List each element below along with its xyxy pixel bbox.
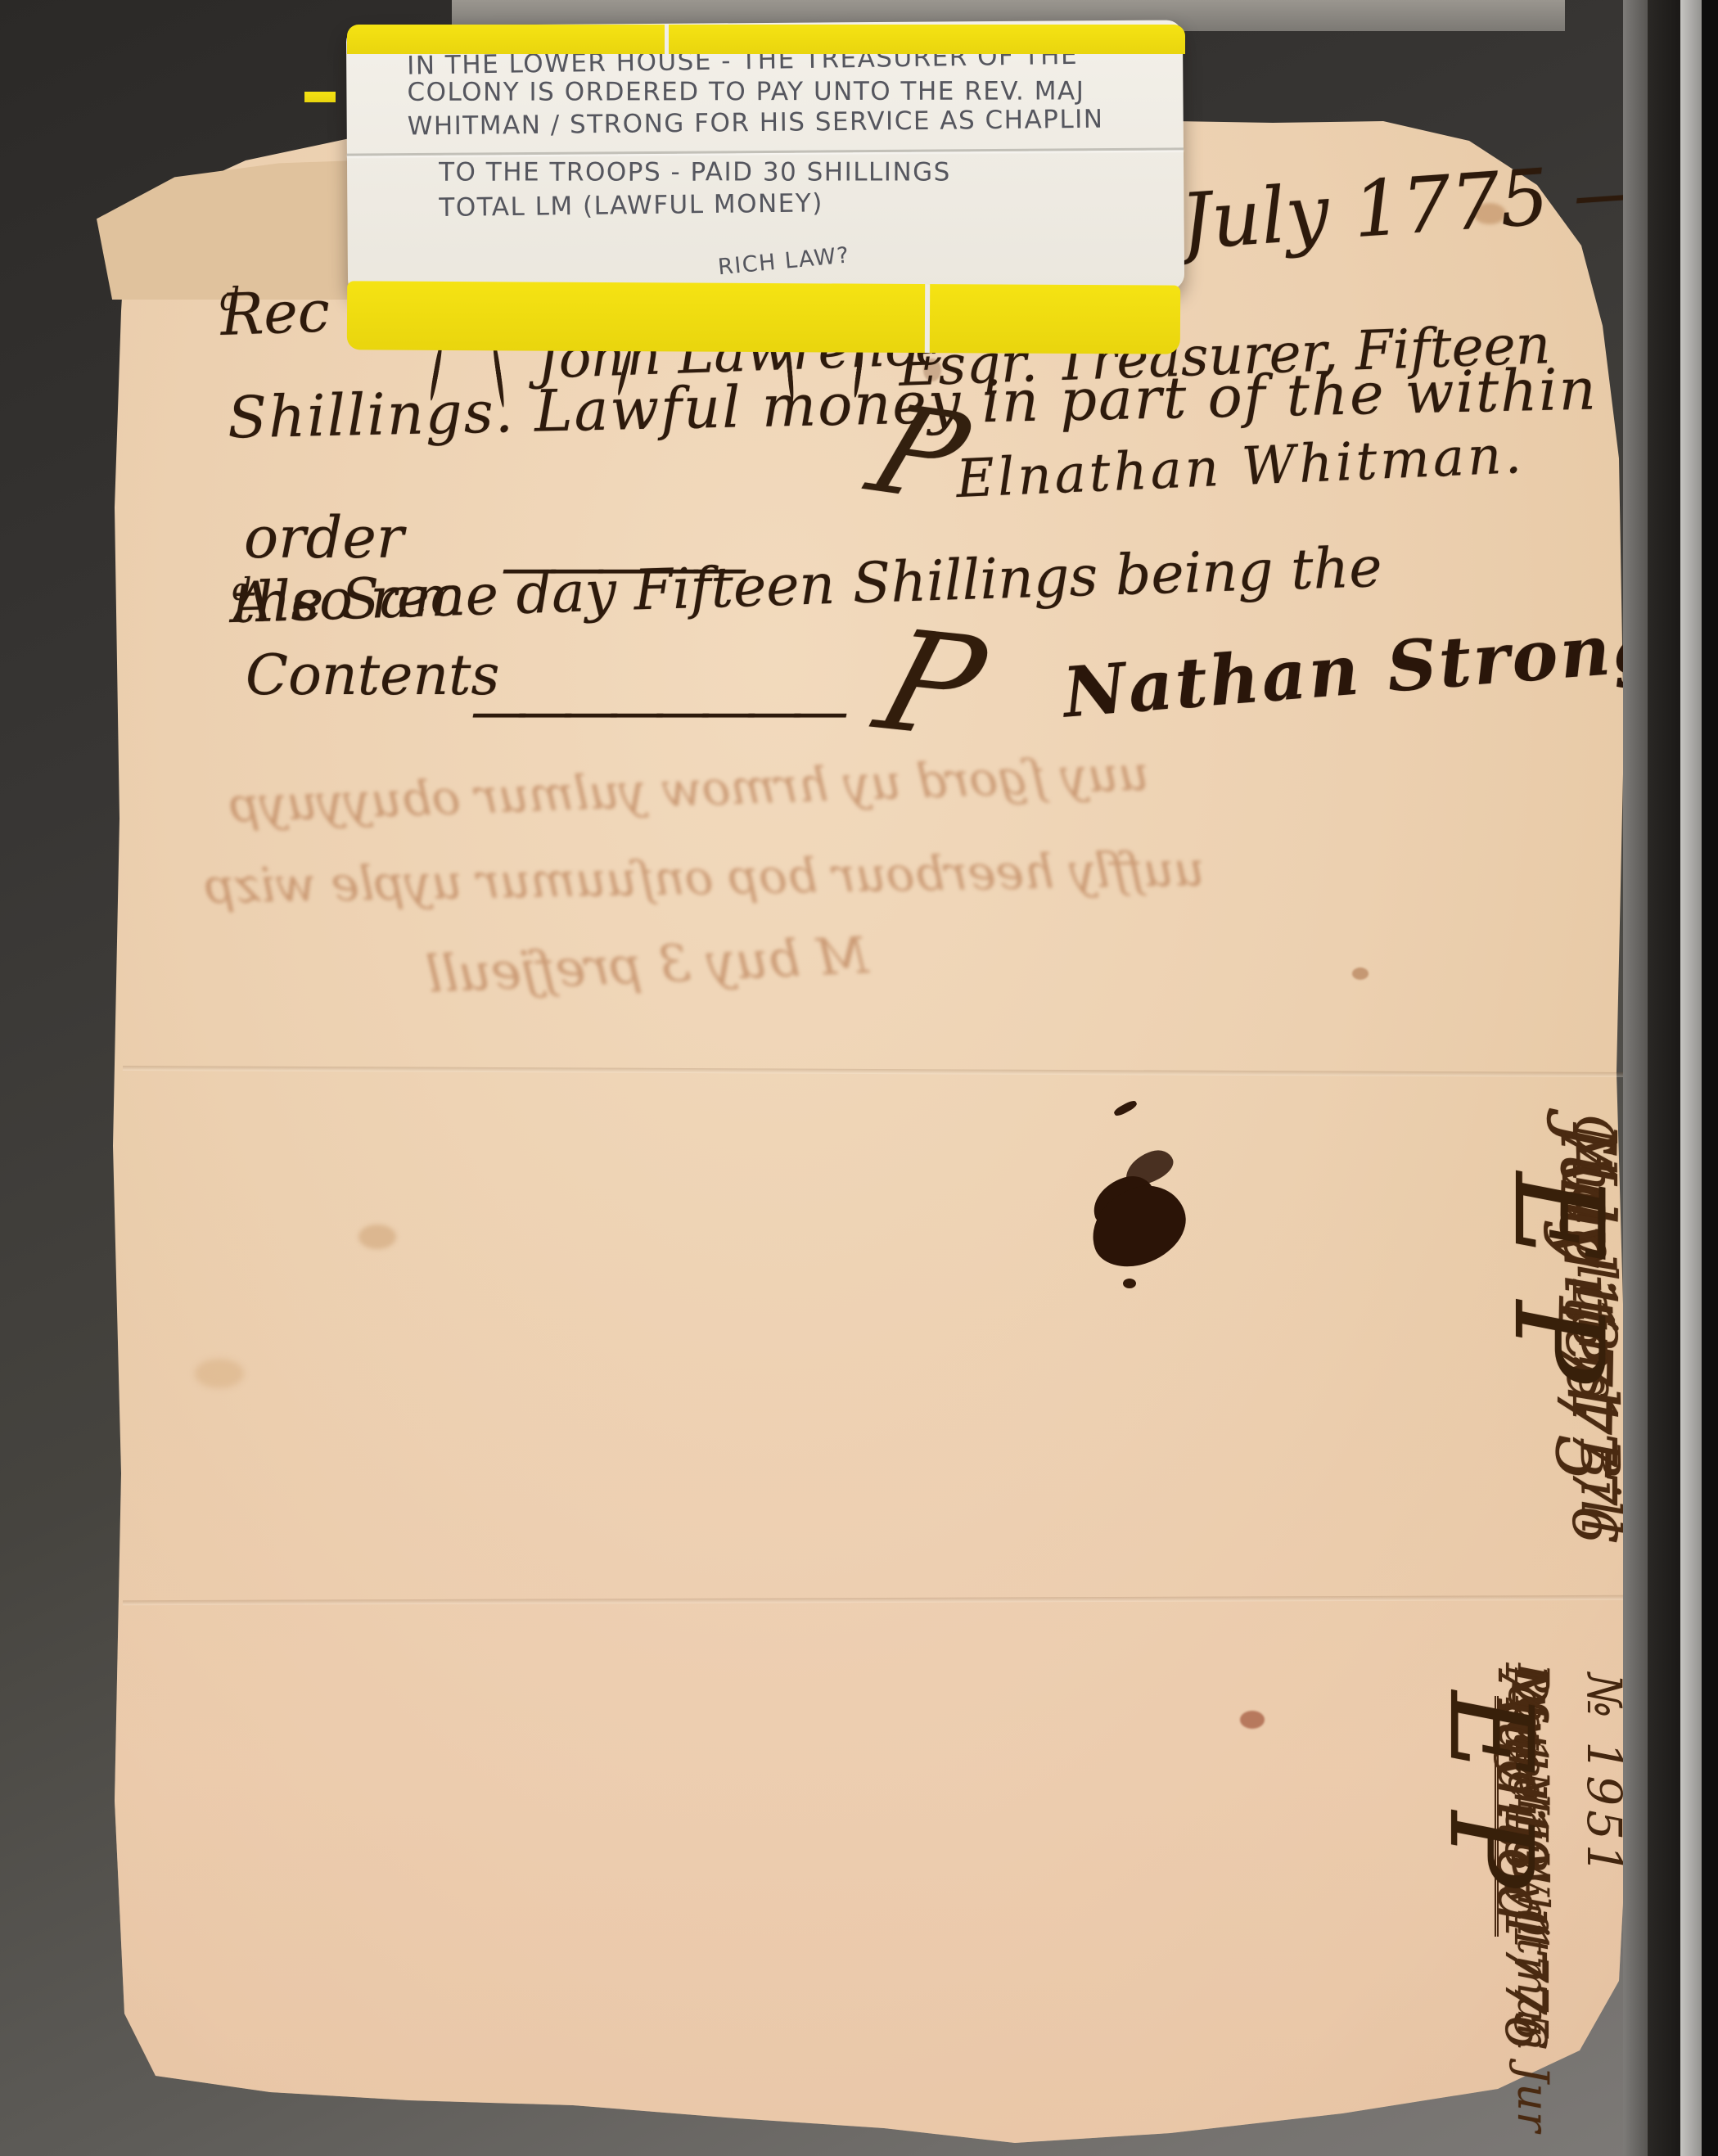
- sleeve-edge-highlight: [1680, 0, 1702, 2156]
- tape-gap: [665, 25, 669, 54]
- receipt-line5: Contents: [246, 643, 499, 708]
- yellow-tape-top: [347, 25, 1185, 54]
- stain: [358, 1225, 396, 1249]
- docket-lower-rotated: order Rev. Mr Whitman Jur Dated July 177…: [947, 1663, 1557, 2126]
- label-line: TOTAL LM (LAWFUL MONEY): [439, 188, 823, 223]
- receipt-line3: order: [244, 504, 404, 571]
- sleeve-edge: [1623, 0, 1648, 2156]
- stain: [1352, 967, 1369, 980]
- label-line: COLONY IS ORDERED TO PAY UNTO THE REV. M…: [407, 76, 1084, 106]
- docket-auditor-initials: E P: [1506, 1172, 1629, 1383]
- docket-upper-rotated: Chaplains, Bill July 1775 Audited May 13…: [1084, 1115, 1629, 1585]
- docket-auditor-initials: E P: [1461, 1691, 1557, 1888]
- flourish-dash: ————————: [471, 678, 837, 745]
- sleeve-edge: [1648, 0, 1680, 2156]
- tape-gap: [925, 284, 930, 353]
- label-query: RICH LAW?: [717, 242, 851, 280]
- label-line: TO THE TROOPS - PAID 30 SHILLINGS: [439, 158, 951, 187]
- yellow-tape-bottom: [347, 281, 1180, 354]
- yellow-tape-fragment: [304, 92, 336, 102]
- photo-of-receipt: uuy ſgord uy hrmow yulmur obuyyuyp uuffl…: [0, 0, 1718, 2156]
- document-number: № 1951: [1562, 1673, 1632, 1935]
- archival-label: IN THE LOWER HOUSE - THE TREASURER OF TH…: [346, 20, 1184, 295]
- sleeve-edge: [1702, 0, 1718, 2156]
- label-line: WHITMAN / STRONG FOR HIS SERVICE AS CHAP…: [408, 105, 1104, 142]
- stain: [195, 1359, 244, 1388]
- ink-blot: [1123, 1279, 1136, 1288]
- label-seam: [347, 147, 1184, 156]
